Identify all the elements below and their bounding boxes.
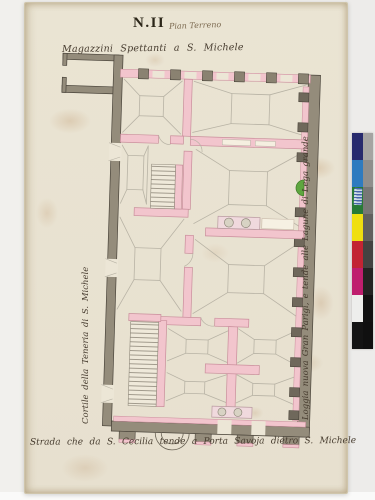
gray-patch	[363, 241, 374, 268]
archival-photograph: N.II Pian Terreno Magazzini Spettanti a …	[0, 0, 375, 500]
color-patch	[352, 268, 363, 295]
plate-number: N.II	[133, 15, 165, 32]
color-bar-row	[352, 241, 373, 268]
color-bar-row	[352, 322, 373, 349]
color-bar-row	[352, 133, 373, 160]
top-wall	[120, 68, 310, 84]
plate-annotation: Pian Terreno	[169, 20, 222, 31]
gray-patch	[363, 187, 374, 214]
stove-upper	[218, 216, 294, 230]
color-bar-row	[352, 160, 373, 187]
color-bar-row	[352, 268, 373, 295]
color-patch	[352, 160, 363, 187]
color-calibration-bar	[352, 133, 373, 349]
color-patch	[352, 133, 363, 160]
document-title: Magazzini Spettanti a S. Michele	[62, 42, 244, 55]
color-patch	[352, 241, 363, 268]
color-bar-row	[352, 214, 373, 241]
margin-label-bottom: Strada che da S. Cecilia tende a Porta S…	[30, 436, 308, 447]
stove-lower	[212, 406, 252, 418]
gray-patch	[363, 322, 374, 349]
color-bar-row	[352, 295, 373, 322]
margin-label-left: Cortile della Teneria di S. Michele	[81, 238, 91, 424]
gray-patch	[363, 268, 374, 295]
gray-patch	[363, 214, 374, 241]
color-patch	[352, 214, 363, 241]
staircase-small	[150, 164, 175, 209]
staircase-large	[128, 322, 159, 407]
margin-label-right: Loggia nuova Gran Parigi, e tende alle L…	[301, 104, 311, 420]
gray-patch	[363, 160, 374, 187]
gray-patch	[363, 295, 374, 322]
inventory-sticker	[354, 188, 363, 205]
gray-patch	[363, 133, 374, 160]
color-patch	[352, 322, 363, 349]
floor-plan-drawing	[0, 0, 375, 500]
color-patch	[352, 295, 363, 322]
